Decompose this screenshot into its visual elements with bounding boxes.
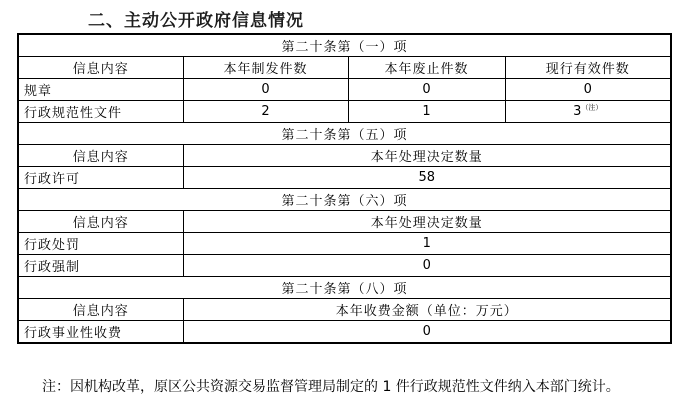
value-text: 2 [261, 104, 269, 119]
column-header: 本年处理决定数量 [183, 145, 671, 167]
column-header: 本年处理决定数量 [183, 211, 671, 233]
row-label: 行政强制 [18, 255, 183, 277]
report-page: 二、主动公开政府信息情况 第二十条第（一）项信息内容本年制发件数本年废止件数现行… [0, 0, 684, 418]
section-header: 第二十条第（五）项 [18, 123, 671, 145]
footnote: 注：因机构改革，原区公共资源交易监督管理局制定的 1 件行政规范性文件纳入本部门… [42, 376, 620, 396]
row-label: 行政规范性文件 [18, 101, 183, 123]
column-header: 信息内容 [18, 57, 183, 79]
value-cell: 0 [183, 255, 671, 277]
value-text: 0 [423, 258, 431, 273]
column-header-row: 信息内容本年处理决定数量 [18, 145, 671, 167]
column-header-row: 信息内容本年制发件数本年废止件数现行有效件数 [18, 57, 671, 79]
column-header-row: 信息内容本年收费金额（单位：万元） [18, 299, 671, 321]
value-text: 0 [422, 82, 430, 97]
value-cell: 3（注） [505, 101, 671, 123]
value-cell: 0 [505, 79, 671, 101]
value-text: 58 [418, 170, 435, 185]
section-header-row: 第二十条第（六）项 [18, 189, 671, 211]
value-cell: 58 [183, 167, 671, 189]
row-label: 行政许可 [18, 167, 183, 189]
column-header: 本年制发件数 [183, 57, 348, 79]
table-row: 行政许可58 [18, 167, 671, 189]
value-text: 0 [584, 82, 592, 97]
value-cell: 0 [348, 79, 505, 101]
value-text: 0 [423, 324, 431, 339]
table-body: 第二十条第（一）项信息内容本年制发件数本年废止件数现行有效件数规章000行政规范… [18, 34, 671, 343]
section-header: 第二十条第（一）项 [18, 34, 671, 57]
info-disclosure-table: 第二十条第（一）项信息内容本年制发件数本年废止件数现行有效件数规章000行政规范… [17, 33, 672, 344]
value-cell: 0 [183, 321, 671, 344]
table-row: 行政规范性文件213（注） [18, 101, 671, 123]
section-header: 第二十条第（六）项 [18, 189, 671, 211]
value-cell: 0 [183, 79, 348, 101]
column-header: 信息内容 [18, 211, 183, 233]
section-header-row: 第二十条第（五）项 [18, 123, 671, 145]
section-header-row: 第二十条第（八）项 [18, 277, 671, 299]
note-superscript: （注） [581, 104, 602, 112]
column-header: 本年废止件数 [348, 57, 505, 79]
value-text: 1 [423, 236, 431, 251]
value-text: 1 [422, 104, 430, 119]
table-row: 行政强制0 [18, 255, 671, 277]
table-row: 规章000 [18, 79, 671, 101]
table-row: 行政事业性收费0 [18, 321, 671, 344]
page-title: 二、主动公开政府信息情况 [88, 6, 304, 31]
value-cell: 1 [183, 233, 671, 255]
section-header: 第二十条第（八）项 [18, 277, 671, 299]
row-label: 规章 [18, 79, 183, 101]
column-header: 信息内容 [18, 145, 183, 167]
column-header: 信息内容 [18, 299, 183, 321]
column-header-row: 信息内容本年处理决定数量 [18, 211, 671, 233]
value-cell: 2 [183, 101, 348, 123]
table-row: 行政处罚1 [18, 233, 671, 255]
value-cell: 1 [348, 101, 505, 123]
column-header: 现行有效件数 [505, 57, 671, 79]
column-header: 本年收费金额（单位：万元） [183, 299, 671, 321]
section-header-row: 第二十条第（一）项 [18, 34, 671, 57]
value-text: 0 [261, 82, 269, 97]
row-label: 行政处罚 [18, 233, 183, 255]
row-label: 行政事业性收费 [18, 321, 183, 344]
